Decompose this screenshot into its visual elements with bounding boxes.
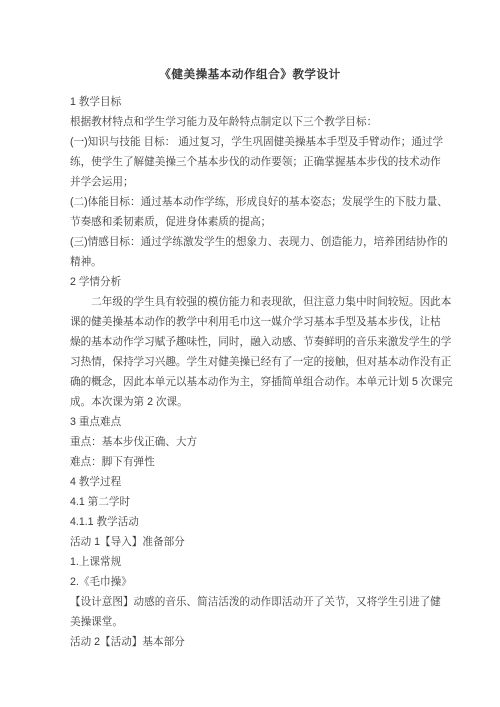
document-line: 4 教学过程: [70, 472, 440, 492]
document-line: 并学会运用；: [70, 172, 440, 192]
document-line: 1.上课常规: [70, 552, 440, 572]
document-line: 二年级的学生具有较强的模仿能力和表现欲，但注意力集中时间较短。因此本: [70, 292, 440, 312]
document-line: 重点：基本步伐正确、大方: [70, 432, 440, 452]
document-line: 难点：脚下有弹性: [70, 452, 440, 472]
document-line: (二)体能目标：通过基本动作学练，形成良好的基本姿态；发展学生的下肢力量、: [70, 192, 440, 212]
document-line: 根据教材特点和学生学习能力及年龄特点制定以下三个教学目标：: [70, 112, 440, 132]
document-line: 成。本次课为第 2 次课。: [70, 392, 440, 412]
document-line: 课的健美操基本动作的教学中利用毛巾这一媒介学习基本手型及基本步伐，让枯: [70, 312, 440, 332]
page-title: 《健美操基本动作组合》教学设计: [0, 0, 500, 82]
document-line: (一)知识与技能 目标： 通过复习，学生巩固健美操基本手型及手臂动作；通过学: [70, 132, 440, 152]
document-page: 《健美操基本动作组合》教学设计 1 教学目标根据教材特点和学生学习能力及年龄特点…: [0, 0, 500, 707]
document-line: 练，使学生了解健美操三个基本步伐的动作要领；正确掌握基本步伐的技术动作: [70, 152, 440, 172]
document-line: 【设计意图】动感的音乐、简洁活泼的动作即活动开了关节，又将学生引进了健: [70, 592, 440, 612]
document-line: 美操课堂。: [70, 612, 440, 632]
document-line: 习热情，保持学习兴趣。学生对健美操已经有了一定的接触，但对基本动作没有正: [70, 352, 440, 372]
document-line: 1 教学目标: [70, 92, 440, 112]
document-line: (三)情感目标：通过学练激发学生的想象力、表现力、创造能力，培养团结协作的: [70, 232, 440, 252]
document-line: 2.《毛巾操》: [70, 572, 440, 592]
document-body: 1 教学目标根据教材特点和学生学习能力及年龄特点制定以下三个教学目标：(一)知识…: [0, 92, 500, 652]
document-line: 3 重点难点: [70, 412, 440, 432]
document-line: 2 学情分析: [70, 272, 440, 292]
document-line: 4.1 第二学时: [70, 492, 440, 512]
document-line: 活动 2【活动】基本部分: [70, 632, 440, 652]
document-line: 燥的基本动作学习赋予趣味性，同时，融入动感、节奏鲜明的音乐来激发学生的学: [70, 332, 440, 352]
document-line: 活动 1【导入】准备部分: [70, 532, 440, 552]
document-line: 节奏感和柔韧素质，促进身体素质的提高；: [70, 212, 440, 232]
document-line: 精神。: [70, 252, 440, 272]
document-line: 4.1.1 教学活动: [70, 512, 440, 532]
document-line: 确的概念，因此本单元以基本动作为主，穿插简单组合动作。本单元计划 5 次课完: [70, 372, 440, 392]
